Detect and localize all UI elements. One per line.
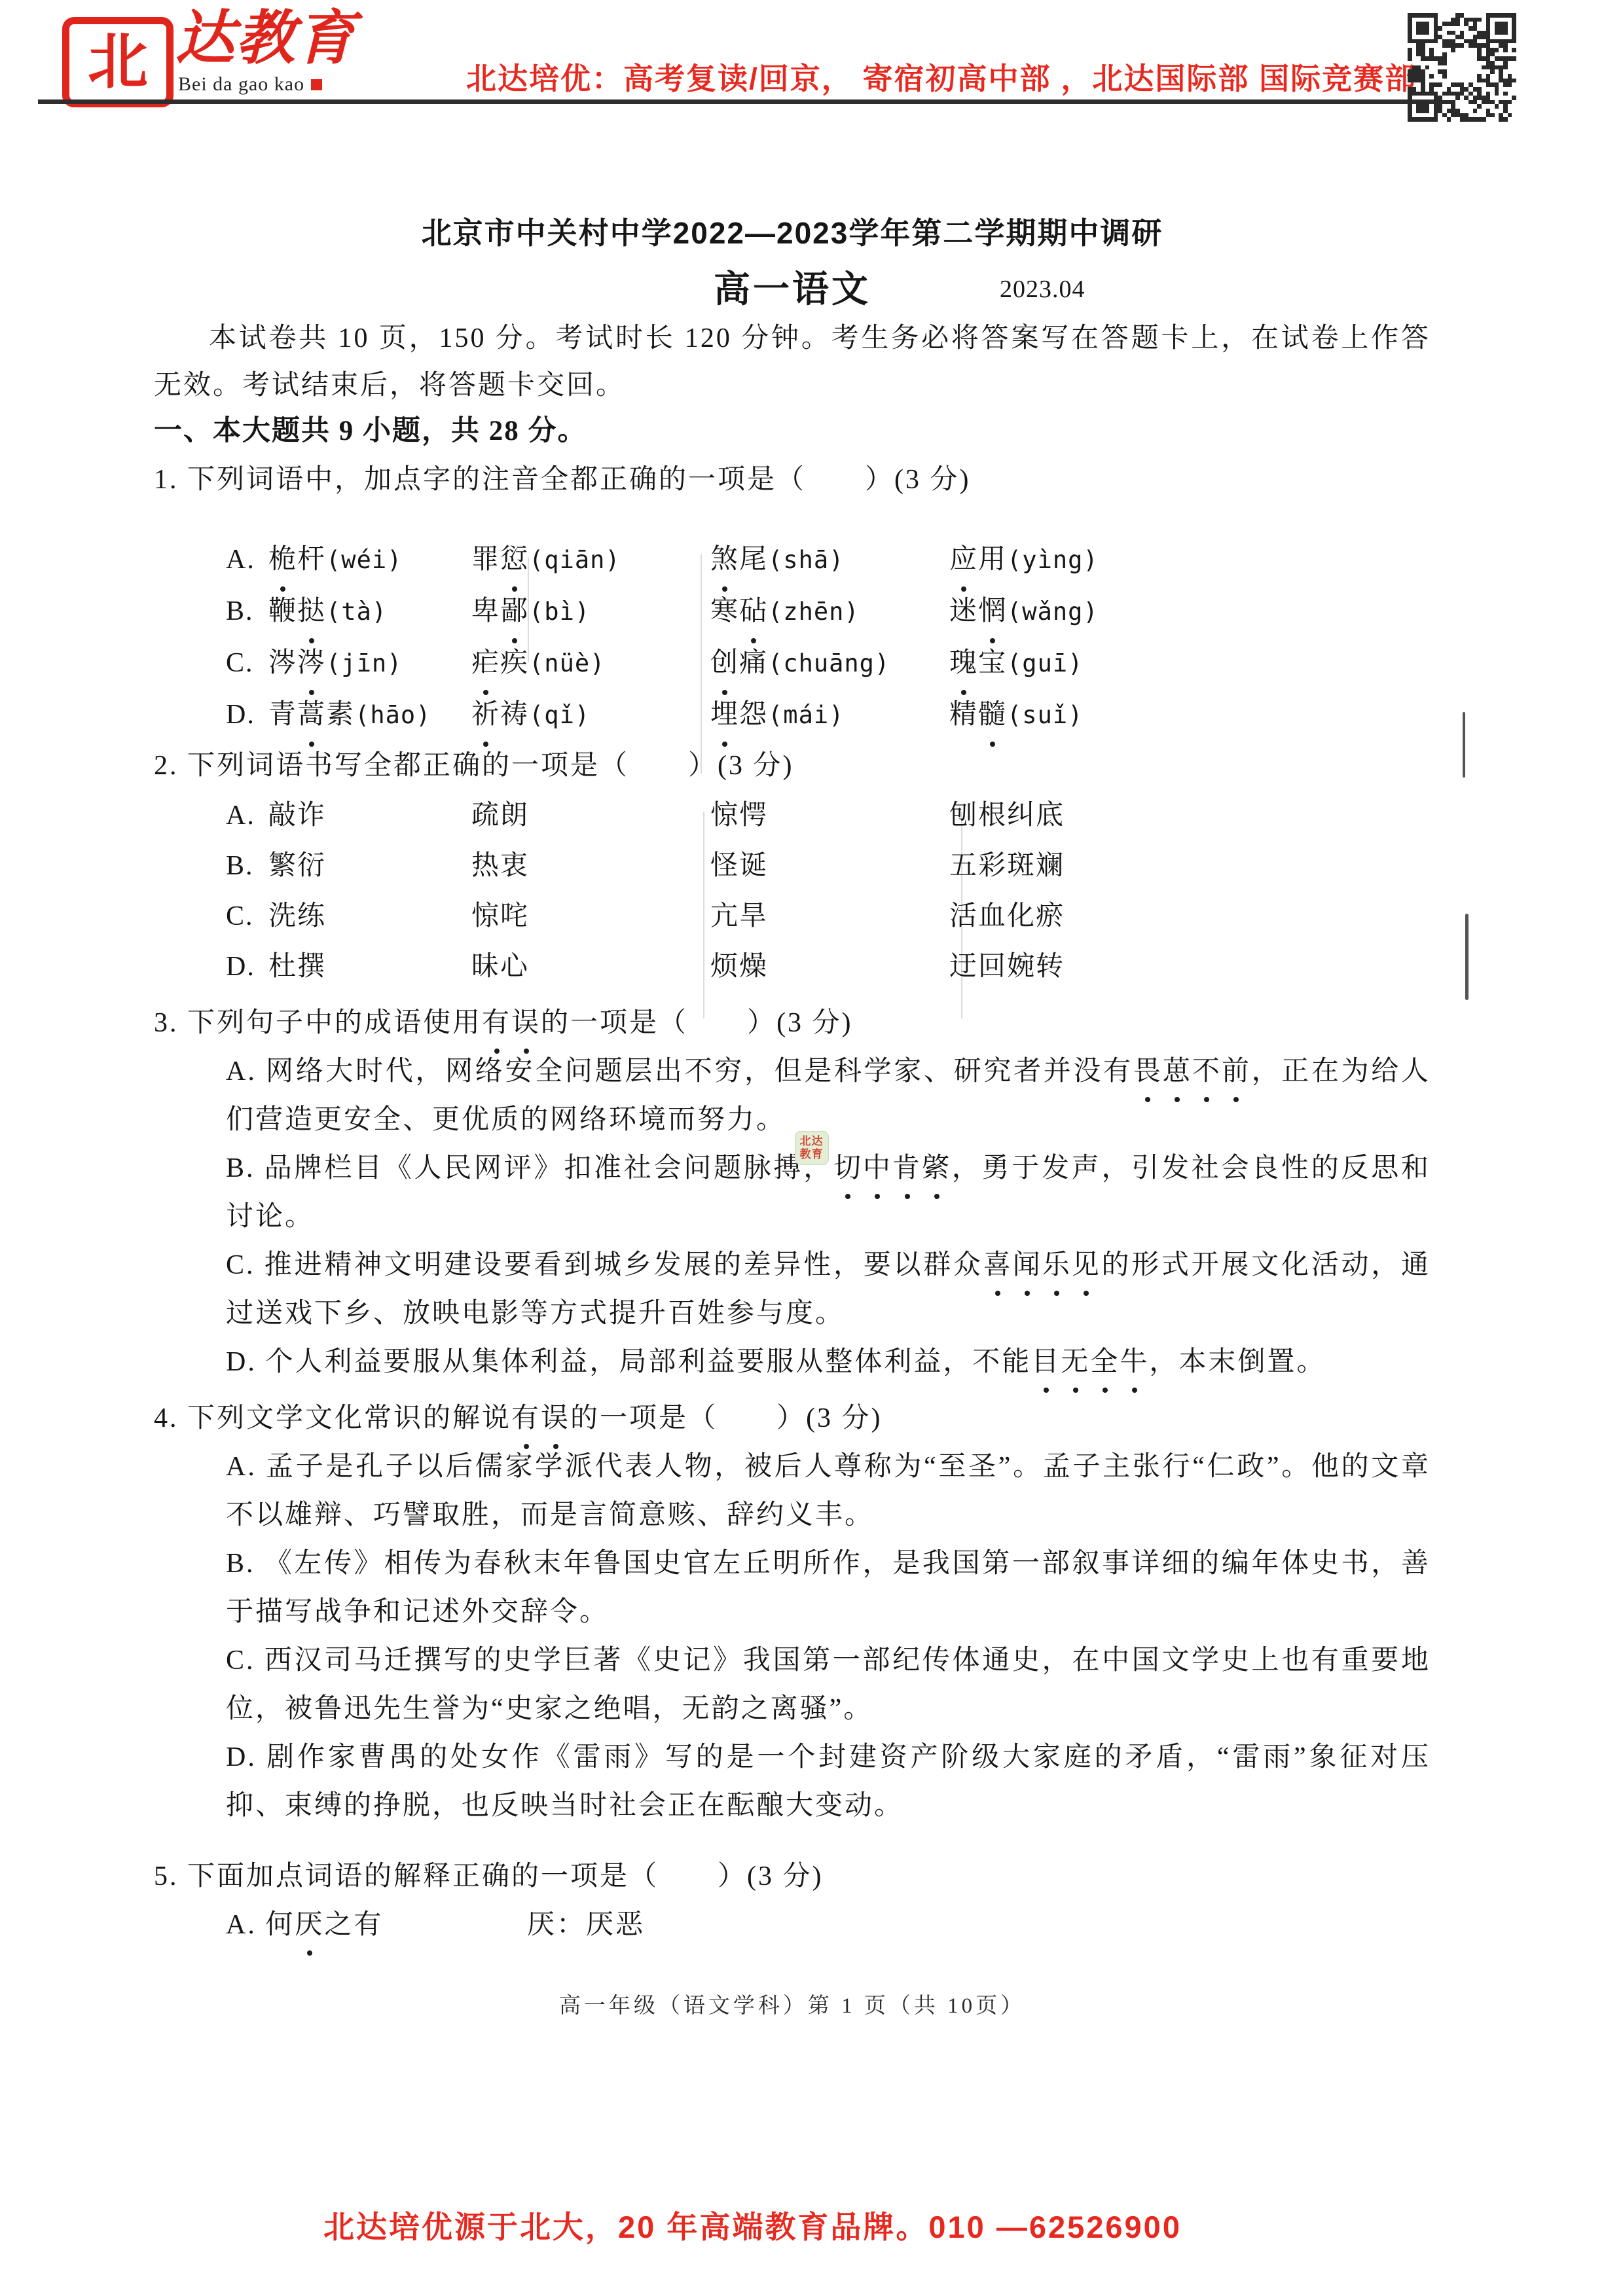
word-cell: 昧心 xyxy=(471,942,710,992)
option-label: C. xyxy=(226,891,268,942)
pinyin-annotation: (zhēn) xyxy=(768,598,860,626)
question-1-stem: 1. 下列词语中，加点字的注音全都正确的一项是（ ）(3 分) xyxy=(154,456,1431,503)
word-cell: 敲诈 xyxy=(268,791,471,841)
option-label: D. xyxy=(226,942,268,992)
emphasized-char: 全 xyxy=(1090,1338,1120,1386)
emphasized-char: 涔 xyxy=(297,637,326,689)
question-4-options: A. 孟子是孔子以后儒家学派代表人物，被后人尊称为“至圣”。孟子主张行“仁政”。… xyxy=(154,1443,1431,1830)
word-cell: 罪愆(qiān) xyxy=(471,534,710,586)
emphasized-char: 闻 xyxy=(1013,1241,1042,1289)
pinyin-annotation: (wéi) xyxy=(326,546,402,574)
qr-label-line1: 北达 xyxy=(800,1135,824,1148)
emphasized-char: 埋 xyxy=(710,689,739,740)
scan-artifact-line xyxy=(961,812,962,1018)
word-cell: 繁衍 xyxy=(268,841,471,891)
question-1-word-table: A.桅杆(wéi)罪愆(qiān)煞尾(shā)应用(yìng)B.鞭挞(tà)… xyxy=(226,534,1503,741)
brand-subtitle-text: Bei da gao kao xyxy=(178,73,304,95)
word-cell: 五彩斑斓 xyxy=(949,841,1503,891)
word-cell: 埋怨(mái) xyxy=(710,689,949,741)
brand-subtitle: Bei da gao kao xyxy=(178,73,322,96)
emphasized-char: 喜 xyxy=(983,1241,1013,1289)
pinyin-annotation: (jīn) xyxy=(326,649,402,677)
header-divider xyxy=(38,99,1436,104)
option-label: A. xyxy=(226,534,268,586)
pinyin-annotation: (guī) xyxy=(1007,649,1083,677)
exam-date: 2023.04 xyxy=(1000,275,1085,304)
option-gloss: 厌：厌恶 xyxy=(527,1901,1431,1949)
word-cell: 惊愕 xyxy=(710,791,949,841)
emphasized-char: 有 xyxy=(511,1394,541,1443)
emphasized-char: 厌 xyxy=(295,1901,324,1949)
qr-label-line2: 教育 xyxy=(800,1148,824,1161)
word-cell: 祈祷(qǐ) xyxy=(471,689,710,741)
emphasized-char: 误 xyxy=(541,1394,570,1443)
word-cell: 疟疾(nüè) xyxy=(471,637,710,689)
pinyin-annotation: (bì) xyxy=(529,598,590,626)
question-3-options: A. 网络大时代，网络安全问题层出不穷，但是科学家、研究者并没有畏葸不前，正在为… xyxy=(154,1047,1431,1386)
emphasized-char: 目 xyxy=(1031,1338,1061,1386)
emphasized-char: 祈 xyxy=(471,689,500,740)
exam-title: 北京市中关村中学2022—2023学年第二学期期中调研 xyxy=(154,209,1568,253)
red-square-icon xyxy=(311,79,322,90)
pinyin-annotation: (yìng) xyxy=(1007,546,1099,574)
word-cell: 青蒿素(hāo) xyxy=(268,689,471,741)
word-cell: 疏朗 xyxy=(471,791,710,841)
option-label: C. xyxy=(226,637,268,689)
emphasized-char: 惘 xyxy=(978,586,1007,637)
word-cell: 寒砧(zhēn) xyxy=(710,586,949,637)
word-cell: 涔涔(jīn) xyxy=(268,637,471,689)
option-label: B. xyxy=(226,586,268,637)
question-3: 3. 下列句子中的成语使用有误的一项是（ ）(3 分) A. 网络大时代，网络安… xyxy=(154,999,1431,1386)
emphasized-char: 綮 xyxy=(922,1144,951,1193)
exam-paper-page: 北 达教育 Bei da gao kao 北达培优：高考复读/回京， 寄宿初高中… xyxy=(0,0,1623,2296)
emphasized-char: 鄙 xyxy=(500,586,529,637)
emphasized-char: 中 xyxy=(863,1144,892,1193)
scan-artifact-line xyxy=(528,558,529,662)
pinyin-annotation: (qǐ) xyxy=(529,701,590,729)
option: C. 推进精神文明建设要看到城乡发展的差异性，要以群众喜闻乐见的形式开展文化活动… xyxy=(226,1241,1431,1338)
emphasized-char: 前 xyxy=(1222,1047,1251,1096)
word-cell: 鞭挞(tà) xyxy=(268,586,471,637)
emphasized-char: 煞 xyxy=(710,534,739,585)
brand-calligraphy-text: 达教育 xyxy=(175,7,356,71)
question-2-stem: 2. 下列词语书写全都正确的一项是（ ）(3 分) xyxy=(154,742,1431,789)
word-cell: 惊咤 xyxy=(471,891,710,942)
word-cell: 瑰宝(guī) xyxy=(949,637,1503,689)
word-cell: 精髓(suǐ) xyxy=(949,689,1503,741)
emphasized-char: 蒿 xyxy=(297,689,326,740)
pinyin-annotation: (shā) xyxy=(768,546,844,574)
pinyin-annotation: (wǎng) xyxy=(1007,598,1099,626)
exam-subject-text: 高一语文 xyxy=(714,268,871,310)
question-2-word-table: A.敲诈疏朗惊愕刨根纠底B.繁衍热衷怪诞五彩斑斓C.洗练惊咤亢旱活血化瘀D.杜撰… xyxy=(226,791,1503,992)
qr-center-logo: 北达 教育 xyxy=(795,1131,829,1165)
word-cell: 煞尾(shā) xyxy=(710,534,949,586)
question-4: 4. 下列文学文化常识的解说有误的一项是（ ）(3 分) A. 孟子是孔子以后儒… xyxy=(154,1394,1431,1830)
brand-footer-line: 北达培优源于北大，20 年高端教育品牌。010 —62526900 xyxy=(0,2203,1623,2247)
word-cell: 杜撰 xyxy=(268,942,471,992)
word-cell: 桅杆(wéi) xyxy=(268,534,471,586)
word-cell: 创痛(chuāng) xyxy=(710,637,949,689)
page-number-note: 高一年级（语文学科）第 1 页（共 10页） xyxy=(154,1988,1431,2019)
word-cell: 迂回婉转 xyxy=(949,942,1503,992)
option-label: D. xyxy=(226,689,268,741)
question-4-stem: 4. 下列文学文化常识的解说有误的一项是（ ）(3 分) xyxy=(154,1394,1431,1443)
word-cell: 卑鄙(bì) xyxy=(471,586,710,637)
pinyin-annotation: (mái) xyxy=(768,701,844,729)
pinyin-annotation: (nüè) xyxy=(529,649,605,677)
word-cell: 活血化瘀 xyxy=(949,891,1503,942)
option-phrase: A. 何厌之有 xyxy=(226,1901,527,1949)
pinyin-annotation: (qiān) xyxy=(529,546,621,574)
pinyin-annotation: (hāo) xyxy=(355,701,431,729)
option: D. 个人利益要服从集体利益，局部利益要服从整体利益，不能目无全牛，本末倒置。 xyxy=(226,1338,1431,1386)
option: C. 西汉司马迁撰写的史学巨著《史记》我国第一部纪传体通史，在中国文学史上也有重… xyxy=(226,1636,1431,1733)
question-3-stem: 3. 下列句子中的成语使用有误的一项是（ ）(3 分) xyxy=(154,999,1431,1047)
emphasized-char: 愆 xyxy=(500,534,529,585)
emphasized-char: 挞 xyxy=(297,586,326,637)
scan-artifact-line xyxy=(1465,914,1468,1000)
option: A. 网络大时代，网络安全问题层出不穷，但是科学家、研究者并没有畏葸不前，正在为… xyxy=(226,1047,1431,1144)
word-cell: 应用(yìng) xyxy=(949,534,1503,586)
exam-subject: 高一语文 2023.04 xyxy=(154,260,1594,313)
emphasized-char: 畏 xyxy=(1133,1047,1163,1096)
emphasized-char: 砧 xyxy=(739,586,768,637)
emphasized-char: 瑰 xyxy=(949,637,978,689)
emphasized-char: 乐 xyxy=(1042,1241,1072,1289)
qr-code xyxy=(1408,13,1516,122)
emphasized-char: 有 xyxy=(482,999,511,1047)
word-cell: 刨根纠底 xyxy=(949,791,1503,841)
emphasized-char: 葸 xyxy=(1163,1047,1192,1096)
option-label: B. xyxy=(226,841,268,891)
scan-artifact-line xyxy=(703,812,704,1018)
scan-artifact-line xyxy=(701,554,702,774)
emphasized-char: 牛 xyxy=(1120,1338,1149,1386)
question-5-stem: 5. 下面加点词语的解释正确的一项是（ ）(3 分) xyxy=(154,1852,1431,1901)
exam-instructions: 本试卷共 10 页，150 分。考试时长 120 分钟。考生务必将答案写在答题卡… xyxy=(154,315,1431,409)
seal-character: 北 xyxy=(88,32,148,92)
section-heading: 一、本大题共 9 小题，共 28 分。 xyxy=(154,408,1431,448)
emphasized-char: 肯 xyxy=(892,1144,922,1193)
emphasized-char: 切 xyxy=(833,1144,863,1193)
emphasized-char: 误 xyxy=(511,999,541,1047)
word-cell: 亢旱 xyxy=(710,891,949,942)
emphasized-char: 见 xyxy=(1072,1241,1101,1289)
emphasized-char: 桅 xyxy=(268,534,297,585)
pinyin-annotation: (chuāng) xyxy=(768,649,890,677)
brand-tagline: 北达培优：高考复读/回京， 寄宿初高中部 ，北达国际部 国际竞赛部 xyxy=(466,55,1416,98)
emphasized-char: 疟 xyxy=(471,637,500,689)
option: A. 孟子是孔子以后儒家学派代表人物，被后人尊称为“至圣”。孟子主张行“仁政”。… xyxy=(226,1443,1431,1539)
question-5-option-row: A. 何厌之有 厌：厌恶 xyxy=(226,1901,1431,1949)
option-label: A. xyxy=(226,791,268,841)
pinyin-annotation: (tà) xyxy=(326,598,387,626)
emphasized-char: 不 xyxy=(1192,1047,1222,1096)
word-cell: 迷惘(wǎng) xyxy=(949,586,1503,637)
emphasized-char: 创 xyxy=(710,637,739,689)
word-cell: 烦燥 xyxy=(710,942,949,992)
emphasized-char: 应 xyxy=(949,534,978,585)
pinyin-annotation: (suǐ) xyxy=(1007,701,1083,729)
scan-artifact-line xyxy=(1463,712,1465,778)
option: B. 《左传》相传为春秋末年鲁国史官左丘明所作，是我国第一部叙事详细的编年体史书… xyxy=(226,1539,1431,1636)
emphasized-char: 髓 xyxy=(978,689,1007,740)
word-cell: 热衷 xyxy=(471,841,710,891)
word-cell: 洗练 xyxy=(268,891,471,942)
emphasized-char: 无 xyxy=(1061,1338,1090,1386)
question-5: 5. 下面加点词语的解释正确的一项是（ ）(3 分) A. 何厌之有 厌：厌恶 xyxy=(154,1852,1431,1949)
brand-seal-logo: 北 xyxy=(62,17,173,107)
option: D. 剧作家曹禺的处女作《雷雨》写的是一个封建资产阶级大家庭的矛盾，“雷雨”象征… xyxy=(226,1733,1431,1830)
word-cell: 怪诞 xyxy=(710,841,949,891)
